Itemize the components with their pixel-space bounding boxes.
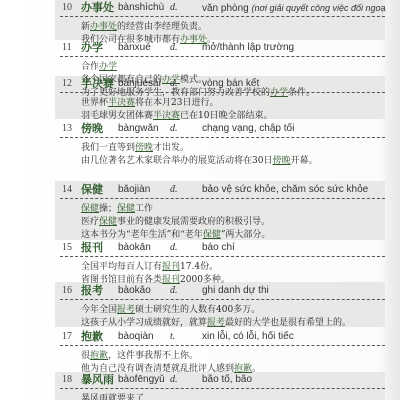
meaning: vòng bán kết	[202, 76, 259, 92]
part-of-speech: d.	[170, 121, 178, 137]
examples: 保健操；保健工作 医疗保健事业的健康发展需要政府的积极引导。 这本书分为“老年生…	[55, 199, 385, 242]
pinyin: bàoqiàn	[118, 329, 154, 345]
example-sentence: 全国平均每百人订有报刊17.4份。	[81, 261, 385, 274]
part-of-speech: đ.	[170, 283, 178, 299]
entry-head: 11 办学 bànxué đ. mở/thành lập trường	[55, 40, 385, 56]
headword: 傍晚	[81, 121, 103, 137]
headword-highlight: 报刊	[162, 262, 180, 272]
entry-head: 14 保健 bǎojiàn đ. bảo vệ sức khỏe, chăm s…	[55, 182, 385, 198]
dashed-divider	[60, 198, 390, 199]
dashed-divider	[60, 92, 390, 93]
entry-head: 16 报考 bàokǎo đ. ghi danh dự thi	[55, 283, 385, 299]
headword-highlight: 保健	[81, 204, 99, 214]
example-sentence: 保健操；保健工作	[81, 203, 385, 216]
entry-15: 15 报刊 bàokān d. báo chí 全国平均每百人订有报刊17.4份…	[55, 240, 385, 287]
entry-head: 13 傍晚 bàngwǎn d. chạng vạng, chập tối	[55, 121, 385, 137]
dashed-divider	[60, 256, 390, 257]
entry-number: 16	[62, 283, 72, 299]
example-sentence: 新办事处的经营由李经理负责。	[81, 21, 385, 34]
dashed-divider	[60, 345, 390, 346]
examples: 世界杯半决赛将在本月23日进行。 羽毛球男女团体赛半决赛已在10日晚全部结束。	[55, 93, 385, 123]
entry-number: 15	[62, 240, 72, 256]
examples: 暴风雨就要来了	[55, 389, 385, 400]
meaning: xin lỗi, có lỗi, hối tiếc	[202, 329, 294, 345]
pinyin: bàngwǎn	[118, 121, 159, 137]
meaning: ghi danh dự thi	[202, 283, 269, 299]
example-sentence: 医疗保健事业的健康发展需要政府的积极引导。	[81, 216, 385, 229]
entry-head: 15 报刊 bàokān d. báo chí	[55, 240, 385, 256]
example-sentence: 世界杯半决赛将在本月23日进行。	[81, 97, 385, 110]
part-of-speech: d.	[170, 372, 178, 388]
example-sentence: 我们一直等到傍晚才出发。	[81, 142, 385, 155]
headword-highlight: 抱歉	[90, 351, 108, 361]
headword-highlight: 保健	[99, 217, 117, 227]
headword-highlight: 半决赛	[153, 111, 180, 121]
headword-highlight: 傍晚	[135, 143, 153, 153]
part-of-speech: đ.	[170, 182, 178, 198]
dashed-divider	[60, 388, 390, 389]
meaning-text: văn phòng	[202, 3, 249, 14]
entry-number: 10	[62, 0, 72, 16]
example-sentence: 暴风雨就要来了	[81, 393, 385, 400]
dashed-divider	[60, 137, 390, 138]
entry-18: 18 暴风雨 bàofēngyǔ d. bão tố, bão 暴风雨就要来了	[55, 372, 385, 400]
pinyin: bàokǎo	[118, 283, 151, 299]
headword: 办事处	[81, 0, 114, 16]
meaning: mở/thành lập trường	[202, 40, 294, 56]
dashed-divider	[60, 16, 390, 17]
headword: 暴风雨	[81, 372, 114, 388]
entry-13: 13 傍晚 bàngwǎn d. chạng vạng, chập tối 我们…	[55, 121, 385, 168]
example-sentence: 合作办学	[81, 61, 385, 74]
headword: 办学	[81, 40, 103, 56]
entry-head: 18 暴风雨 bàofēngyǔ d. bão tố, bão	[55, 372, 385, 388]
dashed-divider	[60, 56, 390, 57]
entry-12: 12 半决赛 bànjuésài d. vòng bán kết 世界杯半决赛将…	[55, 76, 385, 123]
headword-highlight: 报考	[117, 305, 135, 315]
headword: 抱歉	[81, 329, 103, 345]
pinyin: bàofēngyǔ	[118, 372, 165, 388]
entry-head: 12 半决赛 bànjuésài d. vòng bán kết	[55, 76, 385, 92]
entry-number: 12	[62, 76, 72, 92]
headword-highlight: 保健	[117, 204, 135, 214]
example-sentence: 由几位著名艺术家联合举办的展览活动将在30日傍晚开幕。	[81, 155, 385, 168]
meaning: bảo vệ sức khỏe, chăm sóc sức khỏe	[202, 182, 368, 198]
meaning: văn phòng (nơi giải quyết công việc đối …	[202, 0, 391, 17]
part-of-speech: t.	[170, 329, 175, 345]
headword: 保健	[81, 182, 103, 198]
example-sentence: 很抱歉，这件事我帮不上你。	[81, 350, 385, 363]
entry-number: 13	[62, 121, 72, 137]
pinyin: bànxué	[118, 40, 151, 56]
pinyin: bàokān	[118, 240, 151, 256]
part-of-speech: d.	[170, 240, 178, 256]
entry-number: 11	[62, 40, 72, 56]
entry-number: 18	[62, 372, 72, 388]
part-of-speech: d.	[170, 76, 178, 92]
pinyin: bànshìchù	[118, 0, 164, 16]
headword-highlight: 报考	[207, 318, 225, 328]
entry-head: 10 办事处 bànshìchù d. văn phòng (nơi giải …	[55, 0, 385, 16]
entry-head: 17 抱歉 bàoqiàn t. xin lỗi, có lỗi, hối ti…	[55, 329, 385, 345]
entry-17: 17 抱歉 bàoqiàn t. xin lỗi, có lỗi, hối ti…	[55, 329, 385, 376]
headword: 半决赛	[81, 76, 114, 92]
entry-number: 17	[62, 329, 72, 345]
examples: 今年全国报考硕士研究生的人数有400多万。 这孩子从小学习成绩就好，就算报考最好…	[55, 300, 385, 330]
headword-highlight: 保健	[203, 230, 221, 240]
headword: 报刊	[81, 240, 103, 256]
meaning: báo chí	[202, 240, 235, 256]
pinyin: bànjuésài	[118, 76, 161, 92]
meaning: bão tố, bão	[202, 372, 252, 388]
headword-highlight: 办学	[99, 62, 117, 72]
entry-14: 14 保健 bǎojiàn đ. bảo vệ sức khỏe, chăm s…	[55, 182, 385, 242]
part-of-speech: d.	[170, 0, 178, 16]
meaning: chạng vạng, chập tối	[202, 121, 294, 137]
headword-highlight: 办事处	[90, 22, 117, 32]
dashed-divider	[60, 299, 390, 300]
pinyin: bǎojiàn	[118, 182, 150, 198]
examples: 我们一直等到傍晚才出发。 由几位著名艺术家联合举办的展览活动将在30日傍晚开幕。	[55, 138, 385, 168]
part-of-speech: đ.	[170, 40, 178, 56]
page-edge-shadow	[386, 0, 400, 400]
example-sentence: 今年全国报考硕士研究生的人数有400多万。	[81, 304, 385, 317]
entry-16: 16 报考 bàokǎo đ. ghi danh dự thi 今年全国报考硕士…	[55, 283, 385, 330]
entry-number: 14	[62, 182, 72, 198]
headword-highlight: 傍晚	[272, 156, 290, 166]
meaning-note: (nơi giải quyết công việc đối ngoại)	[252, 3, 391, 13]
dictionary-page: 10 办事处 bànshìchù d. văn phòng (nơi giải …	[0, 0, 400, 400]
headword: 报考	[81, 283, 103, 299]
headword-highlight: 半决赛	[108, 98, 135, 108]
